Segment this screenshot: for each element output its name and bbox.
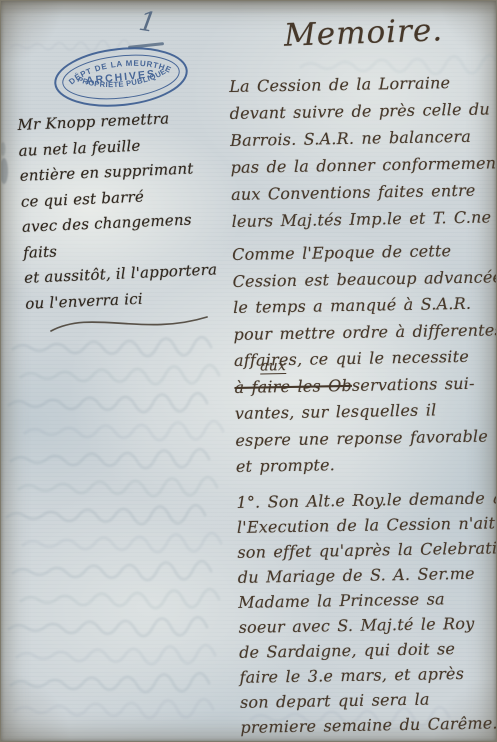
manuscript-line: son effet qu'après la Celebration	[237, 535, 497, 565]
manuscript-line-with-correction: auxà faire les Observations sui-	[234, 370, 497, 401]
manuscript-line: espere une reponse favorable	[235, 423, 497, 454]
paragraph-3: 1°. Son Alt.e Roy.le demande que l'Execu…	[236, 485, 497, 740]
manuscript-line: soeur avec S. Maj.té le Roy	[238, 610, 497, 640]
manuscript-line: faire le 3.e mars, et après	[239, 660, 497, 690]
inserted-word: aux	[260, 359, 286, 374]
page-number: 1	[137, 6, 159, 39]
memoir-body: La Cession de la Lorraine devant suivre …	[229, 68, 497, 739]
margin-note: Mr Knopp remettra au net la feuille enti…	[17, 104, 240, 317]
manuscript-page: 1 DÉPT DE LA MEURTHE ARCHIVES PROPRIÉTÉ …	[0, 0, 497, 742]
struck-text: à faire les Ob	[234, 375, 352, 396]
manuscript-line: et prompte.	[236, 449, 497, 480]
paragraph-1: La Cession de la Lorraine devant suivre …	[229, 68, 497, 235]
manuscript-line: 1°. Son Alt.e Roy.le demande que	[236, 485, 497, 515]
manuscript-line: premiere semaine du Carême.	[240, 710, 497, 740]
manuscript-line: leurs Maj.tés Imp.le et T. C.ne	[231, 203, 497, 235]
archive-stamp: DÉPT DE LA MEURTHE ARCHIVES PROPRIÉTÉ PU…	[48, 38, 194, 116]
manuscript-line: le temps a manqué à S.A.R.	[233, 290, 497, 321]
flourish	[47, 307, 217, 341]
correction-rest: servations sui-	[352, 373, 475, 394]
paragraph-2: Comme l'Epoque de cette Cession est beau…	[232, 237, 497, 480]
manuscript-line: l'Execution de la Cession n'ait	[237, 510, 497, 540]
manuscript-line: du Mariage de S. A. Ser.me	[238, 560, 497, 590]
document-title: Memoire.	[283, 12, 443, 54]
correction: auxà faire les Ob	[234, 372, 352, 401]
